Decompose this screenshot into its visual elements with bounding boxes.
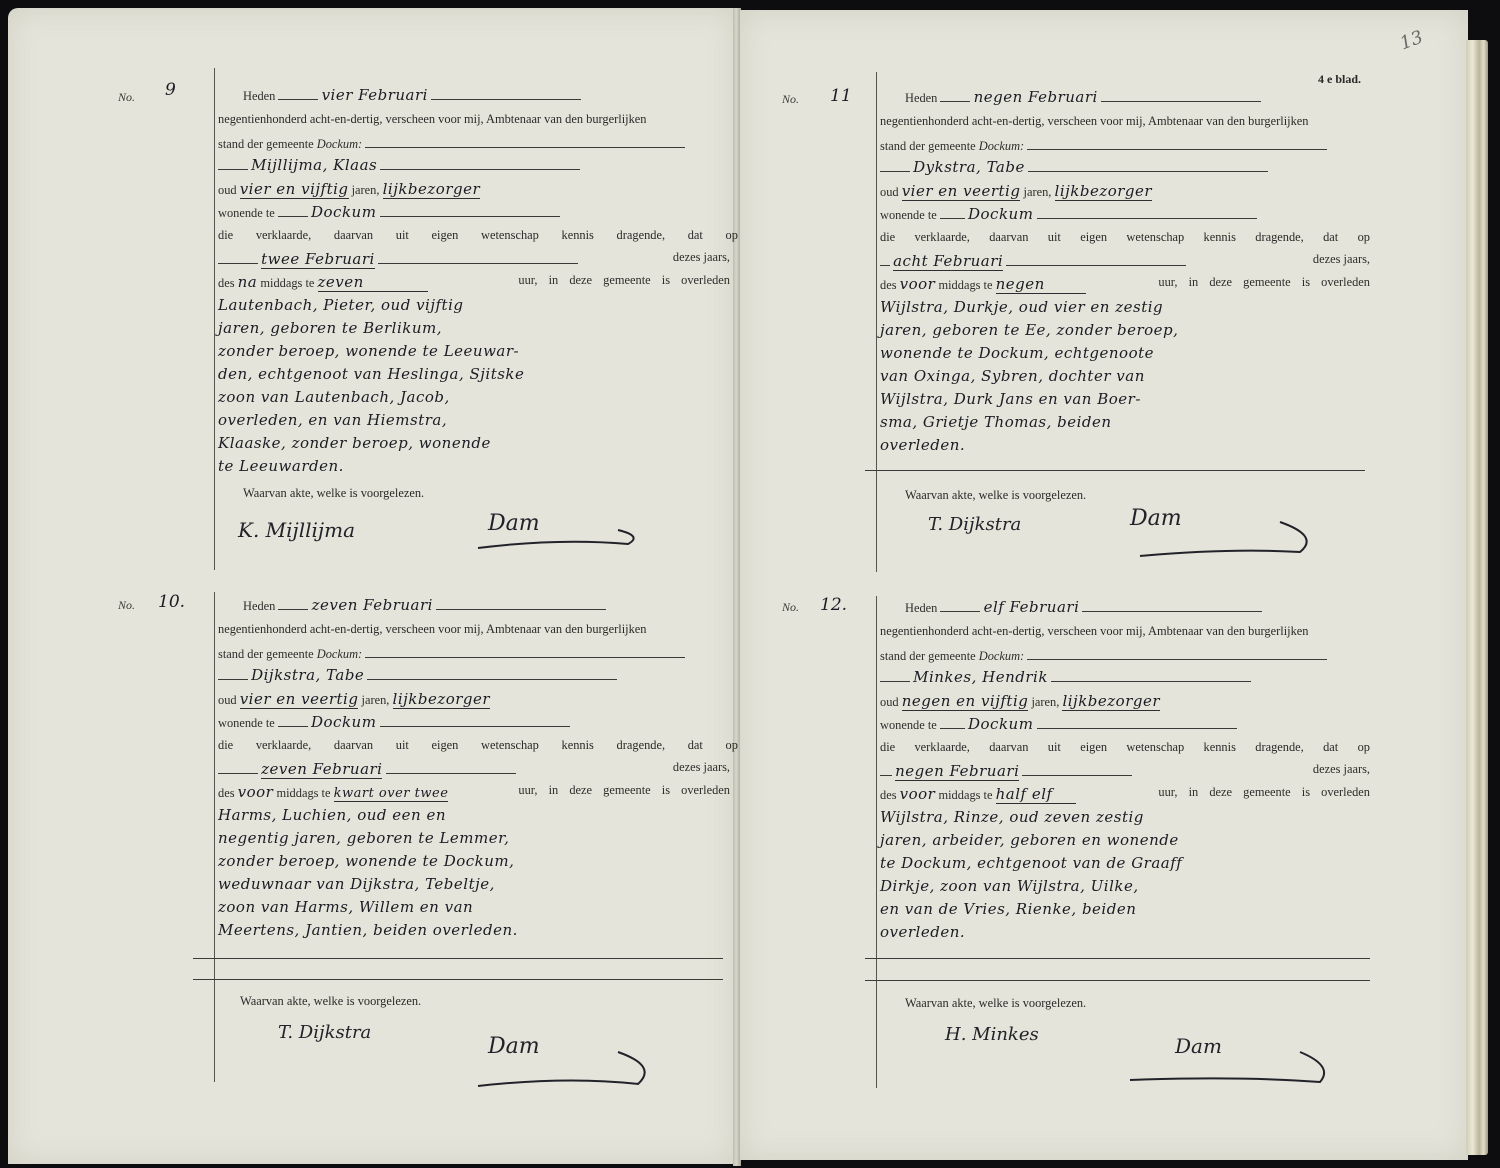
declaration-line: dieverklaarde,daarvanuiteigenwetenschapk… — [880, 230, 1370, 252]
no-label: No. — [782, 92, 799, 107]
wonende-label: wonende te — [218, 206, 275, 220]
stand-label: stand der gemeente — [218, 647, 314, 661]
declarant-residence: Dockum — [968, 205, 1033, 223]
dezes-label: dezes jaars, — [1313, 252, 1370, 267]
wonende-label: wonende te — [880, 208, 937, 222]
death-hour: negen — [996, 275, 1086, 294]
death-date: acht Februari — [893, 252, 1003, 271]
declaration-line: dieverklaarde,daarvanuiteigenwetenschapk… — [880, 740, 1370, 762]
middags-label: middags te — [938, 788, 992, 802]
death-hour: zeven — [318, 273, 428, 292]
death-date: negen Februari — [895, 762, 1019, 781]
preamble: negentienhonderd acht-en-dertig, versche… — [880, 114, 1370, 136]
page-edges — [1466, 40, 1488, 1155]
des-label: des — [880, 278, 897, 292]
municipality: Dockum: — [979, 139, 1024, 153]
oud-label: oud — [880, 185, 899, 199]
wonende-label: wonende te — [218, 716, 275, 730]
declarant-residence: Dockum — [311, 713, 376, 731]
signature-flourish-icon — [468, 526, 648, 556]
am-pm: voor — [900, 275, 936, 293]
des-label: des — [218, 786, 235, 800]
declarant-name: Minkes, Hendrik — [913, 668, 1048, 686]
municipality: Dockum: — [317, 647, 362, 661]
jaren-label: jaren, — [352, 183, 380, 197]
entry-number: 10. — [158, 592, 185, 612]
waarvan-akte: Waarvan akte, welke is voorgelezen. — [218, 994, 738, 1016]
declarant-age: vier en veertig — [240, 690, 359, 709]
declarant-occupation: lijkbezorger — [1055, 182, 1153, 201]
heden-label: Heden — [243, 599, 275, 613]
declaration-line: dieverklaarde,daarvanuiteigenwetenschapk… — [218, 738, 738, 760]
margin-rule — [214, 592, 215, 1082]
entry-number: 9 — [165, 80, 176, 100]
middags-label: middags te — [260, 276, 314, 290]
death-hour: half elf — [996, 785, 1076, 804]
declarant-signature: K. Mijllijma — [238, 518, 355, 542]
registration-date: vier Februari — [322, 86, 428, 104]
preamble: negentienhonderd acht-en-dertig, versche… — [880, 624, 1370, 646]
death-date: zeven Februari — [261, 760, 382, 779]
margin-rule — [876, 72, 877, 572]
declarant-age: vier en veertig — [902, 182, 1021, 201]
stand-label: stand der gemeente — [218, 137, 314, 151]
waarvan-akte: Waarvan akte, welke is voorgelezen. — [880, 996, 1370, 1018]
des-label: des — [880, 788, 897, 802]
declarant-residence: Dockum — [311, 203, 376, 221]
no-label: No. — [118, 90, 135, 105]
waarvan-akte: Waarvan akte, welke is voorgelezen. — [218, 486, 738, 508]
heden-label: Heden — [905, 91, 937, 105]
oud-label: oud — [880, 695, 899, 709]
uur-label: uur, in deze gemeente is overleden — [1158, 275, 1370, 290]
dezes-label: dezes jaars, — [673, 760, 730, 775]
margin-rule — [214, 68, 215, 570]
declarant-occupation: lijkbezorger — [383, 180, 481, 199]
signature-flourish-icon — [1120, 1048, 1340, 1088]
signature-flourish-icon — [1120, 518, 1320, 562]
uur-label: uur, in deze gemeente is overleden — [518, 273, 730, 288]
preamble: negentienhonderd acht-en-dertig, versche… — [218, 622, 738, 644]
registration-date: zeven Februari — [312, 596, 433, 614]
declarant-name: Mijllijma, Klaas — [251, 156, 377, 174]
waarvan-akte: Waarvan akte, welke is voorgelezen. — [880, 488, 1370, 510]
middags-label: middags te — [938, 278, 992, 292]
jaren-label: jaren, — [1031, 695, 1059, 709]
declarant-name: Dykstra, Tabe — [913, 158, 1025, 176]
uur-label: uur, in deze gemeente is overleden — [1158, 785, 1370, 800]
margin-rule — [876, 596, 877, 1088]
municipality: Dockum: — [317, 137, 362, 151]
dezes-label: dezes jaars, — [1313, 762, 1370, 777]
oud-label: oud — [218, 183, 237, 197]
uur-label: uur, in deze gemeente is overleden — [518, 783, 730, 798]
municipality: Dockum: — [979, 649, 1024, 663]
declarant-age: negen en vijftig — [902, 692, 1029, 711]
no-label: No. — [782, 600, 799, 615]
entry-number: 12. — [820, 595, 847, 615]
dezes-label: dezes jaars, — [673, 250, 730, 265]
jaren-label: jaren, — [1024, 185, 1052, 199]
wonende-label: wonende te — [880, 718, 937, 732]
heden-label: Heden — [243, 89, 275, 103]
declarant-residence: Dockum — [968, 715, 1033, 733]
declaration-line: dieverklaarde,daarvanuiteigenwetenschapk… — [218, 228, 738, 250]
no-label: No. — [118, 598, 135, 613]
des-label: des — [218, 276, 235, 290]
declarant-name: Dijkstra, Tabe — [251, 666, 364, 684]
jaren-label: jaren, — [362, 693, 390, 707]
middags-label: middags te — [276, 786, 330, 800]
sheet-label: 4 e blad. — [1318, 72, 1361, 87]
death-date: twee Februari — [261, 250, 375, 269]
stand-label: stand der gemeente — [880, 139, 976, 153]
declarant-signature: T. Dijkstra — [278, 1022, 371, 1043]
declarant-signature: H. Minkes — [945, 1024, 1039, 1045]
registration-date: negen Februari — [974, 88, 1098, 106]
preamble: negentienhonderd acht-en-dertig, versche… — [218, 112, 738, 134]
entry-number: 11 — [830, 86, 852, 106]
registration-date: elf Februari — [984, 598, 1080, 616]
declarant-age: vier en vijftig — [240, 180, 349, 199]
oud-label: oud — [218, 693, 237, 707]
death-hour: kwart over twee — [334, 786, 449, 802]
declarant-signature: T. Dijkstra — [928, 514, 1021, 535]
declarant-occupation: lijkbezorger — [393, 690, 491, 709]
declarant-occupation: lijkbezorger — [1062, 692, 1160, 711]
stand-label: stand der gemeente — [880, 649, 976, 663]
am-pm: na — [238, 273, 258, 291]
heden-label: Heden — [905, 601, 937, 615]
signature-flourish-icon — [458, 1046, 658, 1096]
am-pm: voor — [900, 785, 936, 803]
am-pm: voor — [238, 783, 274, 801]
